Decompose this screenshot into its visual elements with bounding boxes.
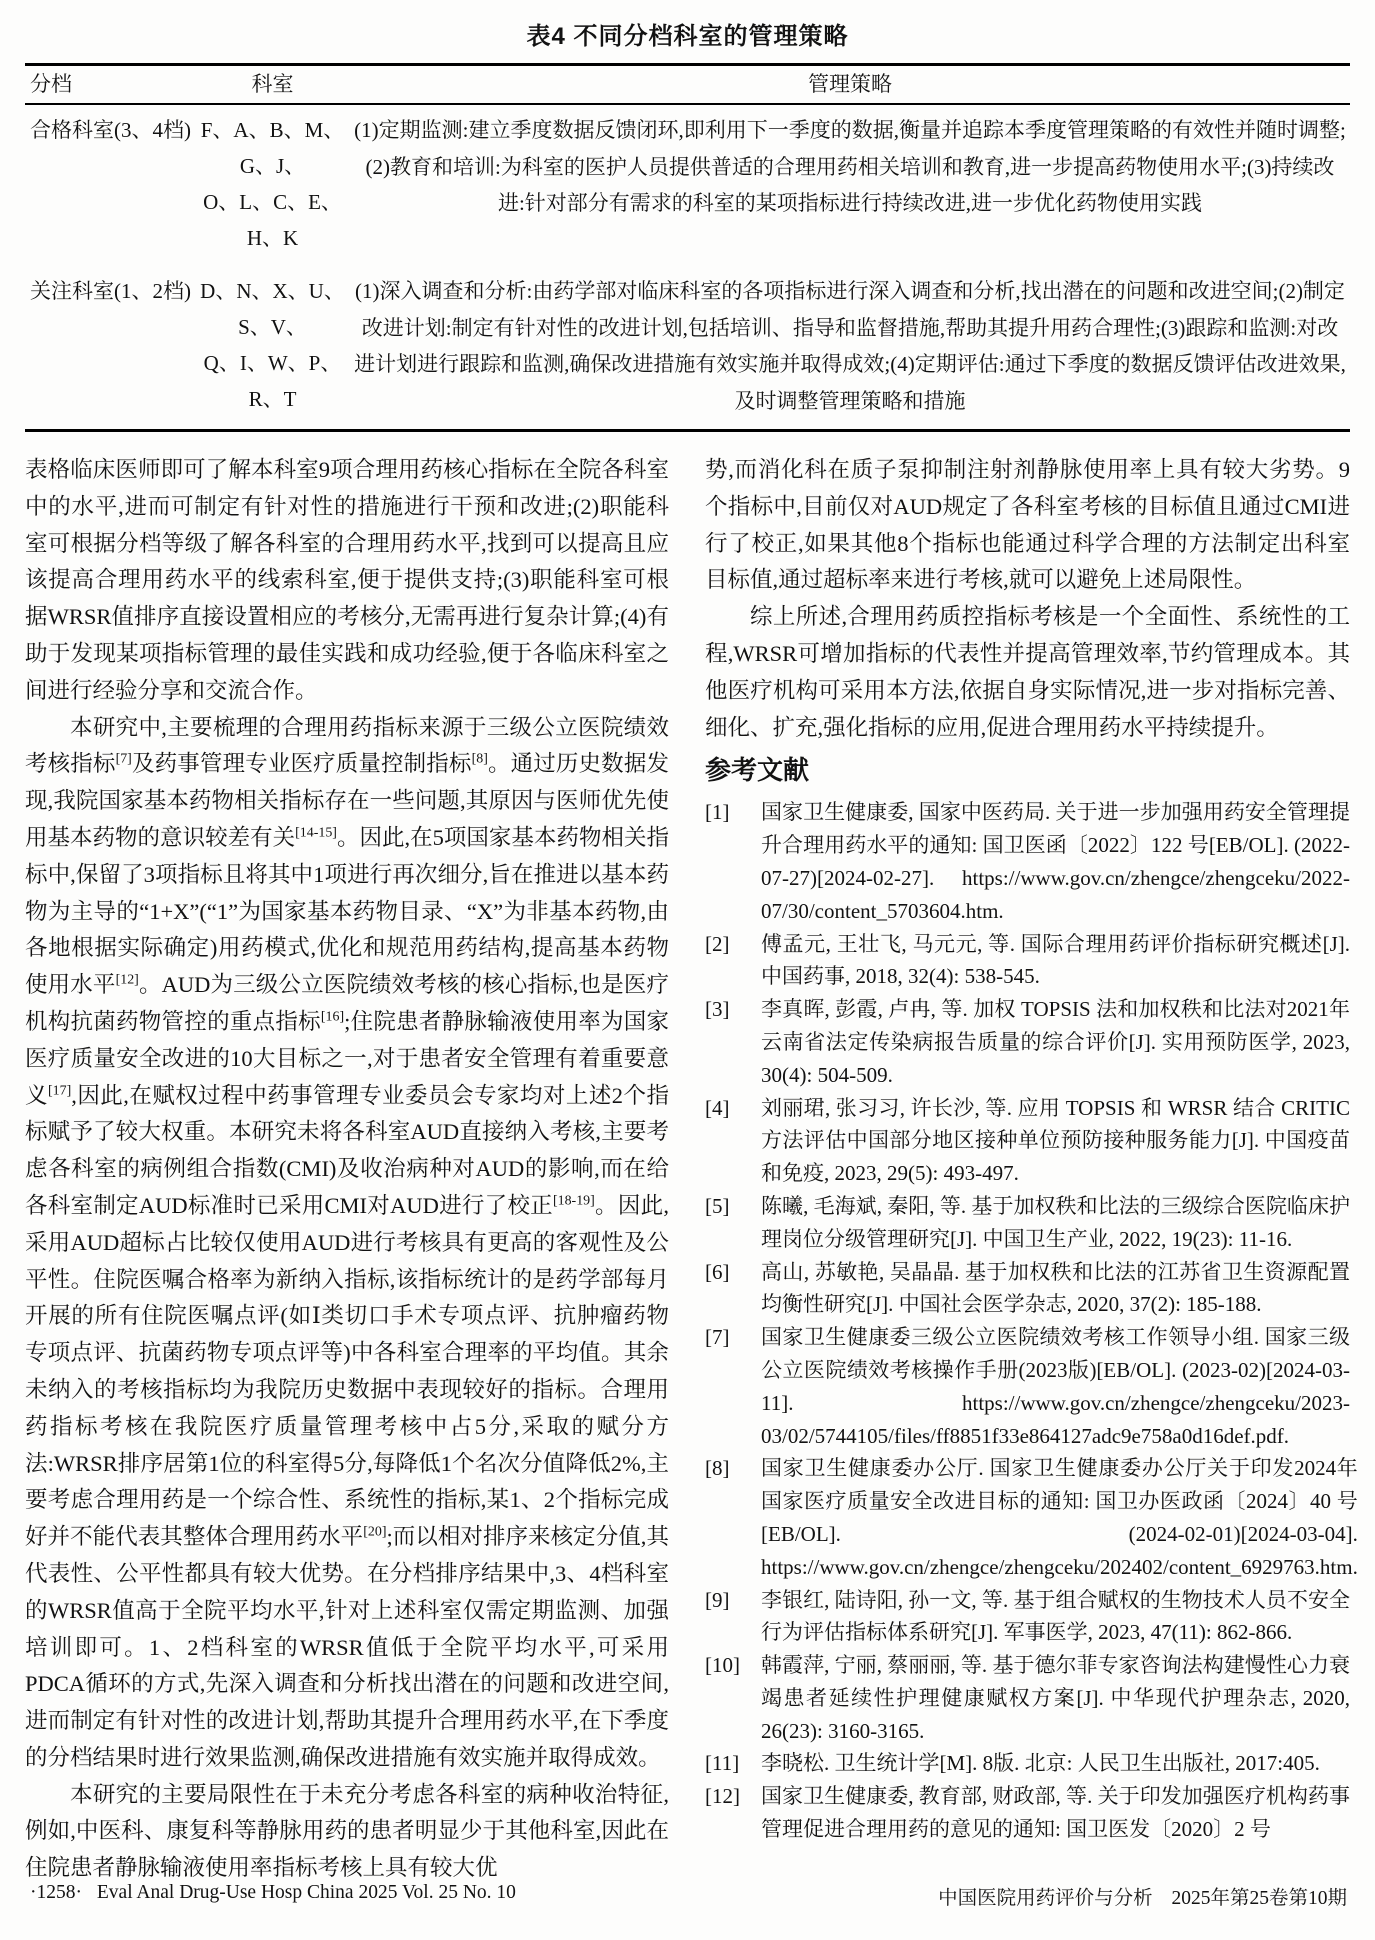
reference-text: 李银红, 陆诗阳, 孙一文, 等. 基于组合赋权的生物技术人员不安全行为评估指标… (761, 1584, 1350, 1650)
reference-number: [11] (705, 1747, 761, 1780)
reference-number: [5] (705, 1190, 761, 1256)
table-header-tier: 分档 (25, 71, 195, 97)
reference-item: [2] 傅孟元, 王壮飞, 马元元, 等. 国际合理用药评价指标研究概述[J].… (705, 928, 1350, 994)
body-paragraph: 综上所述,合理用药质控指标考核是一个全面性、系统性的工程,WRSR可增加指标的代… (705, 599, 1350, 746)
strategy-cell: (1)定期监测:建立季度数据反馈闭环,即利用下一季度的数据,衡量并追踪本季度管理… (350, 112, 1350, 256)
reference-item: [1] 国家卫生健康委, 国家中医药局. 关于进一步加强用药安全管理提升合理用药… (705, 796, 1350, 927)
reference-text: 李真晖, 彭霞, 卢冉, 等. 加权 TOPSIS 法和加权秩和比法对2021年… (761, 993, 1350, 1091)
reference-item: [8] 国家卫生健康委办公厅. 国家卫生健康委办公厅关于印发2024年国家医疗质… (705, 1452, 1350, 1583)
dept-line: D、N、X、U、S、V、 (195, 273, 350, 345)
dept-line: F、A、B、M、G、J、 (195, 112, 350, 184)
reference-text: 刘丽珺, 张习习, 许长沙, 等. 应用 TOPSIS 和 WRSR 结合 CR… (761, 1092, 1350, 1190)
tier-cell: 关注科室(1、2档) (25, 273, 195, 419)
body-paragraph: 本研究中,主要梳理的合理用药指标来源于三级公立医院绩效考核指标[7]及药事管理专… (25, 710, 669, 1777)
reference-text: 国家卫生健康委办公厅. 国家卫生健康委办公厅关于印发2024年国家医疗质量安全改… (761, 1452, 1358, 1583)
reference-text: 国家卫生健康委, 教育部, 财政部, 等. 关于印发加强医疗机构药事管理促进合理… (761, 1780, 1350, 1846)
reference-number: [12] (705, 1780, 761, 1846)
body-columns: 表格临床医师即可了解本科室9项合理用药核心指标在全院各科室中的水平,进而可制定有… (25, 452, 1350, 1887)
reference-item: [9] 李银红, 陆诗阳, 孙一文, 等. 基于组合赋权的生物技术人员不安全行为… (705, 1584, 1350, 1650)
reference-number: [1] (705, 796, 761, 927)
references-heading: 参考文献 (705, 750, 1350, 790)
reference-text: 傅孟元, 王壮飞, 马元元, 等. 国际合理用药评价指标研究概述[J]. 中国药… (761, 928, 1350, 994)
reference-text: 李晓松. 卫生统计学[M]. 8版. 北京: 人民卫生出版社, 2017:405… (761, 1747, 1350, 1780)
table-header-dept: 科室 (195, 71, 350, 97)
footer-journal-en: Eval Anal Drug-Use Hosp China 2025 Vol. … (97, 1882, 516, 1903)
reference-number: [2] (705, 928, 761, 994)
reference-number: [8] (705, 1452, 761, 1583)
page-footer: ·1258· Eval Anal Drug-Use Hosp China 202… (30, 1882, 1347, 1910)
footer-left: ·1258· Eval Anal Drug-Use Hosp China 202… (30, 1882, 526, 1910)
reference-number: [10] (705, 1649, 761, 1747)
reference-item: [12] 国家卫生健康委, 教育部, 财政部, 等. 关于印发加强医疗机构药事管… (705, 1780, 1350, 1846)
reference-item: [10] 韩霞萍, 宁丽, 蔡丽丽, 等. 基于德尔菲专家咨询法构建慢性心力衰竭… (705, 1649, 1350, 1747)
page-number: ·1258· (30, 1882, 82, 1903)
reference-text: 国家卫生健康委三级公立医院绩效考核工作领导小组. 国家三级公立医院绩效考核操作手… (761, 1321, 1350, 1452)
reference-text: 国家卫生健康委, 国家中医药局. 关于进一步加强用药安全管理提升合理用药水平的通… (761, 796, 1350, 927)
strategy-cell: (1)深入调查和分析:由药学部对临床科室的各项指标进行深入调查和分析,找出潜在的… (350, 273, 1350, 419)
tier-cell: 合格科室(3、4档) (25, 112, 195, 256)
right-column: 势,而消化科在质子泵抑制注射剂静脉使用率上具有较大劣势。9个指标中,目前仅对AU… (705, 452, 1350, 1887)
dept-cell: F、A、B、M、G、J、 O、L、C、E、H、K (195, 112, 350, 256)
dept-line: Q、I、W、P、R、T (195, 345, 350, 417)
reference-text: 陈曦, 毛海斌, 秦阳, 等. 基于加权秩和比法的三级综合医院临床护理岗位分级管… (761, 1190, 1350, 1256)
footer-right: 中国医院用药评价与分析 2025年第25卷第10期 (924, 1882, 1347, 1910)
reference-number: [9] (705, 1584, 761, 1650)
table-row: 合格科室(3、4档) F、A、B、M、G、J、 O、L、C、E、H、K (1)定… (25, 105, 1350, 266)
body-paragraph: 表格临床医师即可了解本科室9项合理用药核心指标在全院各科室中的水平,进而可制定有… (25, 452, 669, 710)
reference-item: [11] 李晓松. 卫生统计学[M]. 8版. 北京: 人民卫生出版社, 201… (705, 1747, 1350, 1780)
reference-text: 韩霞萍, 宁丽, 蔡丽丽, 等. 基于德尔菲专家咨询法构建慢性心力衰竭患者延续性… (761, 1649, 1350, 1747)
journal-page: 表4 不同分档科室的管理策略 分档 科室 管理策略 合格科室(3、4档) F、A… (0, 0, 1375, 1940)
table-header-strategy: 管理策略 (350, 71, 1350, 97)
table-row: 关注科室(1、2档) D、N、X、U、S、V、 Q、I、W、P、R、T (1)深… (25, 266, 1350, 429)
reference-text: 高山, 苏敏艳, 吴晶晶. 基于加权秩和比法的江苏省卫生资源配置均衡性研究[J]… (761, 1256, 1350, 1322)
footer-issue: 2025年第25卷第10期 (1171, 1888, 1347, 1909)
left-column: 表格临床医师即可了解本科室9项合理用药核心指标在全院各科室中的水平,进而可制定有… (25, 452, 669, 1887)
body-paragraph: 势,而消化科在质子泵抑制注射剂静脉使用率上具有较大劣势。9个指标中,目前仅对AU… (705, 452, 1350, 599)
table-strategies: 分档 科室 管理策略 合格科室(3、4档) F、A、B、M、G、J、 O、L、C… (25, 63, 1350, 432)
body-paragraph: 本研究的主要局限性在于未充分考虑各科室的病种收治特征,例如,中医科、康复科等静脉… (25, 1777, 669, 1887)
footer-journal-cn: 中国医院用药评价与分析 (938, 1888, 1153, 1909)
dept-cell: D、N、X、U、S、V、 Q、I、W、P、R、T (195, 273, 350, 419)
reference-number: [7] (705, 1321, 761, 1452)
reference-item: [7] 国家卫生健康委三级公立医院绩效考核工作领导小组. 国家三级公立医院绩效考… (705, 1321, 1350, 1452)
reference-item: [6] 高山, 苏敏艳, 吴晶晶. 基于加权秩和比法的江苏省卫生资源配置均衡性研… (705, 1256, 1350, 1322)
dept-line: O、L、C、E、H、K (195, 184, 350, 256)
table-header-row: 分档 科室 管理策略 (25, 66, 1350, 105)
reference-item: [3] 李真晖, 彭霞, 卢冉, 等. 加权 TOPSIS 法和加权秩和比法对2… (705, 993, 1350, 1091)
reference-number: [4] (705, 1092, 761, 1190)
table-title: 表4 不同分档科室的管理策略 (0, 0, 1375, 51)
reference-number: [3] (705, 993, 761, 1091)
reference-number: [6] (705, 1256, 761, 1322)
reference-item: [5] 陈曦, 毛海斌, 秦阳, 等. 基于加权秩和比法的三级综合医院临床护理岗… (705, 1190, 1350, 1256)
reference-item: [4] 刘丽珺, 张习习, 许长沙, 等. 应用 TOPSIS 和 WRSR 结… (705, 1092, 1350, 1190)
